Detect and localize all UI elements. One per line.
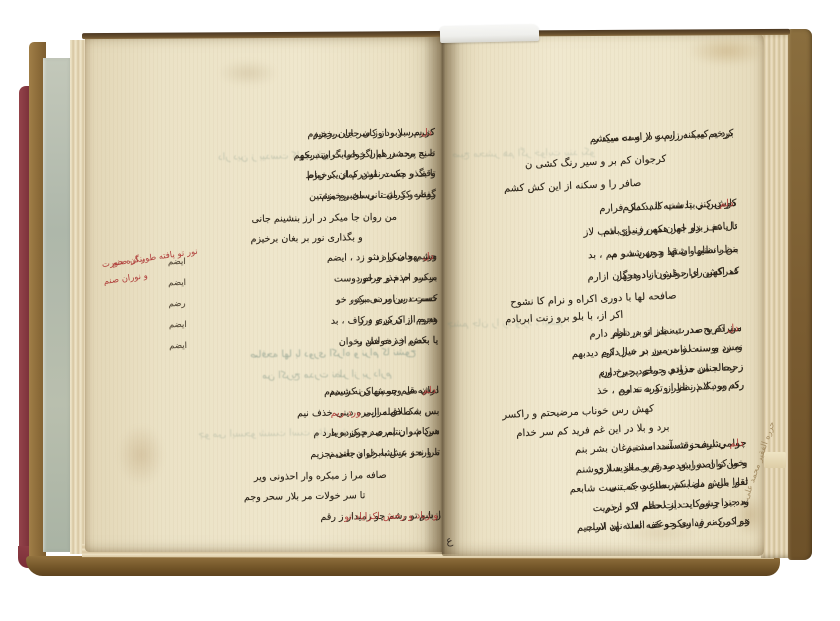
ayzan-marker: رضم bbox=[168, 298, 185, 311]
endpaper-green-edge bbox=[43, 58, 73, 552]
hemistich-left: و من زان دورش صدرم و مغز سلا روشنم bbox=[575, 457, 747, 477]
hemistich-left: دلمدران می وبسش کن کشیدم bbox=[329, 384, 439, 399]
ayzan-marker: ایضم bbox=[168, 277, 186, 290]
hemistich-left: برد یم مبکنه زرم و در و ده میکشم bbox=[590, 127, 734, 146]
poem-line-text: صافحه لها با دوری اکراه و نرام کا نشوح bbox=[510, 290, 677, 310]
left-page-text-block: کمرم سربرد وز سر جان برخیزمدلکز سر بلا و… bbox=[183, 122, 441, 536]
red-ink-word: ورد ریم bbox=[331, 406, 361, 419]
poem-couplet-line: ازبا و تو رشم چو زمیدار ز رقمو زیاد و رخ… bbox=[189, 509, 441, 513]
poem-couplet-line: تقوا بالش دل بستر طاعت که تنیلغار من و م… bbox=[454, 476, 748, 488]
poem-couplet-line: عد اکهبن ازار، قرون باد هرگرکمرکش ری حول… bbox=[445, 265, 739, 277]
ayzan-marker: ایضم bbox=[169, 319, 187, 332]
hemistich-left: هو کر که رف سکو و کفه نسته ان لاراجیم bbox=[577, 515, 750, 535]
hemistich-left: کمرکش ری حولش از دو جهان ازارم bbox=[587, 265, 739, 284]
hemistich-left: تا نه پرده در ایان خواب گران برجهم bbox=[293, 147, 435, 162]
hemistich-left: دلمحوا، رشرف زقته آنمد مشنیم bbox=[626, 437, 747, 455]
page-edges-right bbox=[761, 32, 790, 558]
hemistich-left: دلکز سر بلا و از کان جان برخیزم bbox=[313, 126, 435, 141]
poem-line-centered: برد و بلا در این غم فرید کم سر خدام bbox=[452, 418, 746, 430]
poem-couplet-line: امشه قلم چو پنهان نه رسیدمدلمدران می وبس… bbox=[187, 384, 439, 388]
poem-couplet-line: سن شران امری رم کرده بارد مهرکام و رنتیم… bbox=[188, 425, 440, 429]
hemistich-left: رحمه جنان حذوتم و رخود جبر دارم bbox=[598, 361, 743, 380]
hemistich-left: وبس بوسنه لذات مرز در سر دارم bbox=[601, 341, 743, 360]
poem-couplet-line: وقف و چک در او درم از یک رباطتا بگذر مست… bbox=[184, 167, 436, 171]
hemistich-left: دلسنردم و صدر تبه بدز نو در نظر دارم bbox=[589, 322, 742, 341]
red-ink-word: و زیاد و رخش اکرایاد تو bbox=[344, 509, 438, 523]
poem-couplet-line: بخوا کو اصد ایبعد رد قریب الدید اریو من … bbox=[453, 457, 747, 469]
poem-line-text: و بگذاری نور بر بغان برخیزم bbox=[250, 231, 362, 246]
poem-line-centered: کهش رس خوناب مرضیحتم و راکسر bbox=[451, 399, 745, 411]
poem-couplet-line: رکم بود لا ذر نظر و کرد نه من ، خذردد ور… bbox=[450, 379, 744, 391]
poem-line-text: کرجوان کم بر و سیر رنگ کشی ن bbox=[525, 153, 667, 172]
hemistich-left: بس به طلاق مراییورد ریم bbox=[364, 405, 440, 419]
hemistich-left: تا یادم ز زار امر همه رف از بادم bbox=[603, 220, 738, 239]
poem-line-centered: کرجوان کم بر و سیر رنگ کشی ن bbox=[441, 150, 735, 162]
red-ink-word: دلم bbox=[719, 197, 734, 211]
hemistich-left: هجوم از کرین و درر bbox=[359, 313, 438, 327]
paper-stain bbox=[688, 36, 766, 66]
red-ink-word: دل bbox=[727, 322, 739, 335]
right-page-text-block: کرخه کیب در است لا است سید ربرد یم مبکنه… bbox=[439, 122, 750, 554]
hemistich-left: ردد ور بکنم نظر از تو به ندارم bbox=[618, 379, 744, 397]
poem-line-centered: من روان جا میکر در ارز بنشینم جانی bbox=[184, 210, 436, 214]
poem-couplet-line: ز را من نه وداری حوعف العلذ نهد استهو کر… bbox=[456, 515, 750, 527]
poem-line-text: اکر از، با بلو برو زنت ابربادم bbox=[505, 309, 624, 327]
poem-couplet-line: نه زد و سنت و من بن بر خیال کی دیدبهموبس… bbox=[449, 341, 743, 353]
cover-leather-bottom-edge bbox=[26, 556, 780, 576]
hemistich-left: هرکام و رنتیم صد جون برید bbox=[331, 425, 440, 440]
poem-line-text: برد و بلا در این غم فرید کم سر خدام bbox=[516, 421, 670, 440]
poem-couplet-line: مرا نحز بر لشه خوان بغندیمتا ورد و عش با… bbox=[188, 446, 440, 450]
poem-couplet-line: بر سر حذم و حرام دوستمبکره ام خذر و حورا… bbox=[185, 271, 437, 275]
poem-couplet-line: کست درین برده مرد ، خوحسرت بر اور نی بکو… bbox=[185, 292, 437, 296]
poem-couplet-line: ز رحاله من مرادی جمای پر رخ ونرحمه جنان … bbox=[449, 361, 743, 373]
red-ink-word: دلم bbox=[729, 437, 744, 451]
hemistich-left: تا بگذر مست نقش کمان برخیزم bbox=[307, 167, 435, 182]
manuscript-photo: دار دین ز بیدست کا بد دارم صافحه لها با … bbox=[0, 0, 840, 621]
catchword: ع bbox=[445, 534, 454, 548]
cover-leather-right-edge bbox=[788, 29, 812, 560]
hemistich-left: و زیاد و رخش اکرایاد تور شم bbox=[419, 509, 441, 522]
poem-couplet-line: دل عف بدو جهان کهن رنیری شب لازتا یادم ز… bbox=[443, 220, 737, 232]
poem-line-text: صافه مرا ز مبکره وار احذونی ویر bbox=[254, 469, 387, 484]
poem-couplet-line: من اکریح مدرت نظر از بر دارمدلسنردم و صد… bbox=[448, 322, 742, 334]
poem-couplet-line: کمرم سربرد وز سر جان برخیزمدلکز سر بلا و… bbox=[183, 126, 435, 130]
paper-stain bbox=[218, 60, 278, 86]
ayzan-marker: ایضم bbox=[169, 340, 187, 353]
page-tab-right bbox=[764, 452, 786, 468]
poem-couplet-line: روضه کز مثت نی مخبرم مشتینگفتار و کران ت… bbox=[184, 188, 436, 192]
poem-line-centered: و بگذاری نور بر بغان برخیزم bbox=[184, 230, 436, 234]
poem-couplet-line: دار دین ز بیدست کا بد دارمدلمکوش کنی تا … bbox=[442, 197, 736, 209]
poem-couplet-line: صبح محشر هم اگر خوابت بیند بکوتا نه پرده… bbox=[183, 147, 435, 151]
hemistich-left: تا ورد و عش بابرل و جانی نجزیم bbox=[310, 446, 440, 461]
poem-couplet-line: ودرم از ان کری و کاف ، بدهجوم از کرین و … bbox=[186, 313, 438, 317]
poem-line-text: صافر را و سکنه از این کش کشم bbox=[504, 177, 642, 196]
poem-couplet-line: من بانظار و شتها و جهن شر مم ، بدبنظر سن… bbox=[444, 243, 738, 255]
poem-couplet-line: نه جند چشم ابد دیت حاتم لا و ارذریتودد ب… bbox=[455, 496, 749, 508]
hemistich-left: دلورز بهو مبکره نثر bbox=[368, 250, 437, 264]
poem-line-text: من روان جا میکر در ارز بنشینم جانی bbox=[251, 211, 397, 226]
poem-couplet-line: بس شک حمله از یره دینی خذف نیمبس به طلاق… bbox=[187, 405, 439, 409]
hemistich-left: دلمکوش کنی تا شنیه اند کمک فرارم bbox=[599, 197, 737, 216]
bookmark-tab bbox=[440, 24, 539, 43]
poem-couplet-line: چشم جان را زد و زد ، ایضمدلورز بهو مبکره… bbox=[185, 250, 437, 254]
poem-line-centered: صافر را و سکنه از این کش کشم bbox=[441, 173, 735, 185]
hemistich-left: ودد برا ر ورکایت از لحظم اکر دجم bbox=[605, 496, 750, 515]
poem-line-centered: تا سر خولات مر بلار سحر وجم bbox=[189, 488, 441, 492]
hemistich-left: حسرت بر اور نی بکور bbox=[349, 292, 437, 306]
poem-couplet-line: چو می ایسحو شست است زغان بشر بنمدلمحوا، … bbox=[453, 437, 747, 449]
red-ink-word: دل bbox=[421, 126, 432, 139]
hemistich-left: مبکره ام خذر و حور bbox=[358, 271, 438, 285]
paper-stain bbox=[118, 425, 164, 485]
poem-line-centered: صافه مرا ز مبکره وار احذونی ویر bbox=[188, 468, 440, 472]
red-ink-word: دلم bbox=[422, 384, 436, 397]
hemistich-left: یا بکش از رده خلد ر bbox=[358, 334, 438, 348]
hemistich-left: بنظر سنیها ان قد چون شد و م bbox=[611, 243, 739, 261]
red-ink-word: دل bbox=[423, 250, 434, 263]
poem-line-text: تا سر خولات مر بلار سحر وجم bbox=[244, 489, 366, 504]
poem-line-centered: صافحه لها با دوری اکراه و نرام کا نشوح bbox=[446, 287, 740, 299]
poem-couplet-line: یا بعضم خذ خولش بخوانیا بکش از رده خلد ر… bbox=[186, 334, 438, 338]
hemistich-left: گفتار و کران تا رسان برخیزم bbox=[321, 188, 436, 203]
poem-line-text: کهش رس خوناب مرضیحتم و راکسر bbox=[502, 403, 654, 422]
hemistich-left: لغار من و مضا کم بستر و جنب ست شابعم bbox=[569, 476, 748, 496]
